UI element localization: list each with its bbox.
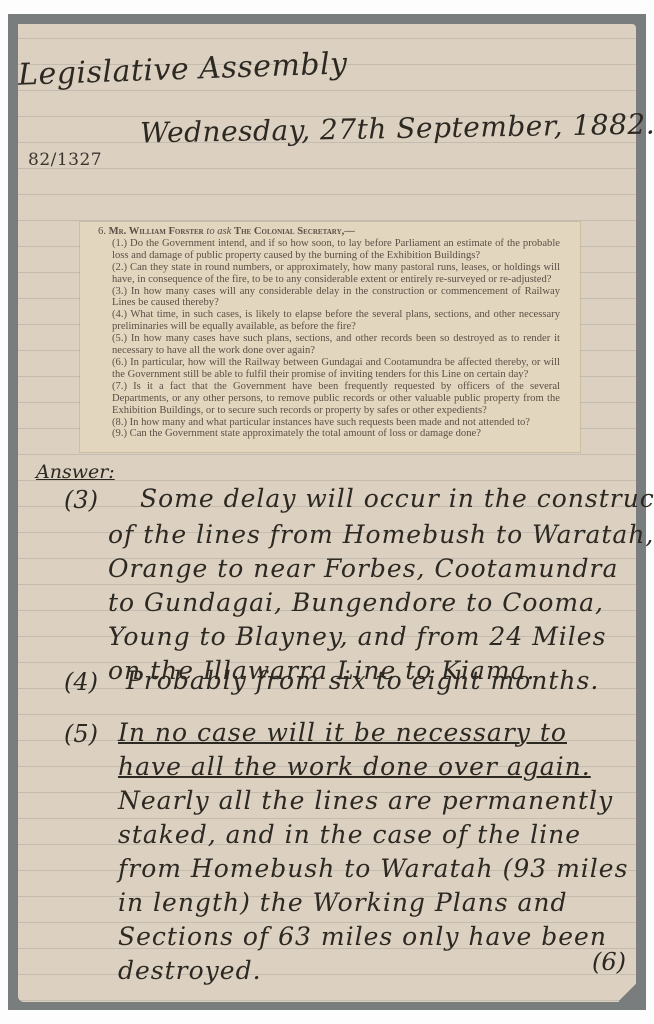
question-item: (4.) What time, in such cases, is likely…: [112, 309, 560, 333]
addressee: The Colonial Secretary,—: [234, 226, 355, 237]
question-item: (9.) Can the Government state approximat…: [112, 428, 560, 440]
question-item: (3.) In how many cases will any consider…: [112, 286, 560, 310]
answer-line: destroyed.: [118, 956, 262, 985]
answer-line: Young to Blayney, and from 24 Miles: [108, 622, 606, 651]
question-number: 6.: [98, 226, 106, 237]
newspaper-clipping: 6. Mr. William Forster to ask The Coloni…: [80, 222, 580, 452]
clipping-header: 6. Mr. William Forster to ask The Coloni…: [98, 226, 560, 238]
question-item: (5.) In how many cases have such plans, …: [112, 333, 560, 357]
answer-line: Some delay will occur in the constructio…: [140, 484, 654, 513]
reference-number: 82/1327: [28, 150, 102, 170]
answer-number: (5): [64, 720, 98, 748]
answer-line: In no case will it be necessary to: [118, 718, 567, 747]
answer-line: have all the work done over again.: [118, 752, 591, 781]
answer-line: Probably from six to eight months.: [126, 666, 599, 695]
answer-number: (3): [64, 486, 98, 514]
question-item: (7.) Is it a fact that the Government ha…: [112, 381, 560, 417]
answer-label: Answer:: [36, 461, 115, 483]
asker-name: Mr. William Forster: [109, 226, 204, 237]
clipping-text: 6. Mr. William Forster to ask The Coloni…: [98, 226, 560, 440]
answer-line: of the lines from Homebush to Waratah,: [108, 520, 654, 549]
question-list: (1.) Do the Government intend, and if so…: [98, 238, 560, 440]
answer-line: Orange to near Forbes, Cootamundra: [108, 554, 618, 583]
answer-line: from Homebush to Waratah (93 miles: [118, 854, 628, 883]
question-item: (1.) Do the Government intend, and if so…: [112, 238, 560, 262]
page-number: (6): [592, 948, 626, 976]
answer-line: in length) the Working Plans and: [118, 888, 567, 917]
answer-line: Nearly all the lines are permanently: [118, 786, 613, 815]
to-ask-text: to ask: [206, 226, 231, 237]
answer-line: staked, and in the case of the line: [118, 820, 581, 849]
answer-line: to Gundagai, Bungendore to Cooma,: [108, 588, 604, 617]
answer-number: (4): [64, 668, 98, 696]
answer-line: Sections of 63 miles only have been: [118, 922, 607, 951]
question-item: (2.) Can they state in round numbers, or…: [112, 262, 560, 286]
question-item: (6.) In particular, how will the Railway…: [112, 357, 560, 381]
question-item: (8.) In how many and what particular ins…: [112, 417, 560, 429]
